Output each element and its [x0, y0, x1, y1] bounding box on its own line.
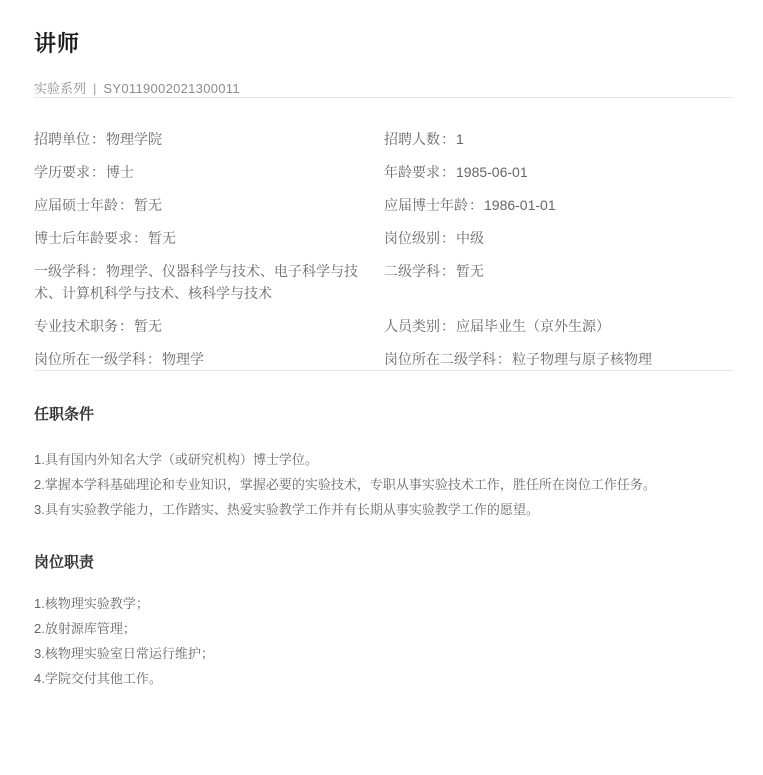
- info-colon: ：: [91, 164, 105, 180]
- info-colon: ：: [441, 131, 455, 147]
- info-label: 招聘人数: [384, 131, 440, 147]
- info-label: 应届博士年龄: [384, 197, 468, 213]
- info-colon: ：: [469, 197, 483, 213]
- requirement-item: 2.掌握本学科基础理论和专业知识，掌握必要的实验技术，专职从事实验技术工作，胜任…: [34, 472, 733, 497]
- info-label: 应届硕士年龄: [34, 197, 118, 213]
- duty-item: 3.核物理实验室日常运行维护；: [34, 641, 733, 666]
- requirements-list: 1.具有国内外知名大学（或研究机构）博士学位。 2.掌握本学科基础理论和专业知识…: [34, 447, 733, 522]
- requirement-item: 1.具有国内外知名大学（或研究机构）博士学位。: [34, 447, 733, 472]
- info-value: 中级: [456, 230, 484, 246]
- info-cell-age-requirement: 年龄要求：1985-06-01: [384, 161, 734, 183]
- info-label: 学历要求: [34, 164, 90, 180]
- job-code: SY0119002021300011: [103, 81, 240, 96]
- duty-item: 1.核物理实验教学；: [34, 591, 733, 616]
- divider: [34, 97, 733, 98]
- requirements-heading: 任职条件: [34, 407, 733, 423]
- info-cell-phd-age: 应届博士年龄：1986-01-01: [384, 194, 734, 216]
- info-colon: ：: [441, 318, 455, 334]
- info-colon: ：: [119, 318, 133, 334]
- info-colon: ：: [147, 351, 161, 367]
- info-label: 人员类别: [384, 318, 440, 334]
- info-value: 物理学: [162, 351, 204, 367]
- info-colon: ：: [441, 164, 455, 180]
- subtitle-separator: |: [93, 81, 96, 96]
- info-colon: ：: [441, 263, 455, 279]
- info-colon: ：: [133, 230, 147, 246]
- info-label: 一级学科: [34, 263, 90, 279]
- info-label: 岗位所在二级学科: [384, 351, 496, 367]
- info-value: 暂无: [134, 197, 162, 213]
- info-cell-headcount: 招聘人数：1: [384, 128, 734, 150]
- info-label: 招聘单位: [34, 131, 90, 147]
- info-colon: ：: [441, 230, 455, 246]
- info-value: 博士: [106, 164, 134, 180]
- info-value: 粒子物理与原子核物理: [512, 351, 652, 367]
- info-value: 1986-01-01: [484, 197, 556, 213]
- duty-item: 4.学院交付其他工作。: [34, 666, 733, 691]
- duties-list: 1.核物理实验教学； 2.放射源库管理； 3.核物理实验室日常运行维护； 4.学…: [34, 591, 733, 691]
- info-cell-postdoc-age: 博士后年龄要求：暂无: [34, 227, 384, 249]
- job-info-table: 招聘单位：物理学院 招聘人数：1 学历要求：博士 年龄要求：1985-06-01…: [34, 128, 733, 370]
- info-colon: ：: [497, 351, 511, 367]
- job-series-label: 实验系列: [34, 81, 86, 96]
- info-cell-recruit-unit: 招聘单位：物理学院: [34, 128, 384, 150]
- job-detail-page: 讲师 实验系列|SY0119002021300011 招聘单位：物理学院 招聘人…: [0, 33, 763, 691]
- info-label: 二级学科: [384, 263, 440, 279]
- info-cell-professional-title: 专业技术职务：暂无: [34, 315, 384, 337]
- info-cell-education: 学历要求：博士: [34, 161, 384, 183]
- info-cell-position-level: 岗位级别：中级: [384, 227, 734, 249]
- info-cell-second-discipline: 二级学科：暂无: [384, 260, 734, 304]
- info-label: 岗位所在一级学科: [34, 351, 146, 367]
- divider: [34, 370, 733, 371]
- job-subtitle: 实验系列|SY0119002021300011: [34, 81, 733, 97]
- info-label: 博士后年龄要求: [34, 230, 132, 246]
- info-cell-position-first-discipline: 岗位所在一级学科：物理学: [34, 348, 384, 370]
- info-cell-first-discipline: 一级学科：物理学、仪器科学与技术、电子科学与技术、计算机科学与技术、核科学与技术: [34, 260, 384, 304]
- page-title: 讲师: [34, 33, 733, 55]
- info-cell-master-age: 应届硕士年龄：暂无: [34, 194, 384, 216]
- info-value: 暂无: [456, 263, 484, 279]
- info-cell-position-second-discipline: 岗位所在二级学科：粒子物理与原子核物理: [384, 348, 734, 370]
- info-value: 暂无: [134, 318, 162, 334]
- info-value: 暂无: [148, 230, 176, 246]
- info-value: 应届毕业生（京外生源）: [456, 318, 610, 334]
- duty-item: 2.放射源库管理；: [34, 616, 733, 641]
- info-colon: ：: [91, 131, 105, 147]
- info-label: 岗位级别: [384, 230, 440, 246]
- info-cell-personnel-category: 人员类别：应届毕业生（京外生源）: [384, 315, 734, 337]
- duties-heading: 岗位职责: [34, 555, 733, 571]
- info-value: 物理学院: [106, 131, 162, 147]
- section-duties: 岗位职责 1.核物理实验教学； 2.放射源库管理； 3.核物理实验室日常运行维护…: [34, 555, 733, 691]
- info-colon: ：: [119, 197, 133, 213]
- info-value: 1: [456, 131, 464, 147]
- info-colon: ：: [91, 263, 105, 279]
- info-value: 1985-06-01: [456, 164, 528, 180]
- requirement-item: 3.具有实验教学能力，工作踏实、热爱实验教学工作并有长期从事实验教学工作的愿望。: [34, 497, 733, 522]
- info-label: 年龄要求: [384, 164, 440, 180]
- section-requirements: 任职条件 1.具有国内外知名大学（或研究机构）博士学位。 2.掌握本学科基础理论…: [34, 407, 733, 522]
- info-label: 专业技术职务: [34, 318, 118, 334]
